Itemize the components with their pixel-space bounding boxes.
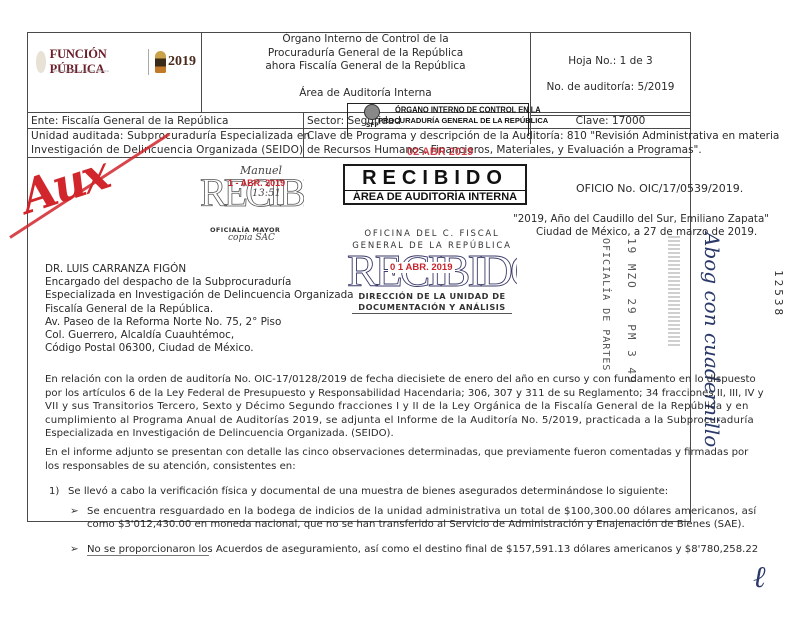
recipient-line: Col. Guerrero, Alcaldía Cuauhtémoc,: [45, 329, 354, 342]
oic-stamp-line2: PROCURADURÍA GENERAL DE LA REPÚBLICA: [378, 116, 548, 125]
paragraph-line: por los artículos 6 de la Ley Federal de…: [45, 387, 685, 401]
oficialia-date: 1 - ABR. 2019: [228, 178, 285, 188]
oficialia-handwritten-note: copia SAC: [228, 233, 275, 243]
recipient-line: Fiscalía General de la República.: [45, 303, 354, 316]
fiscal-stamp-line: OFICINA DEL C. FISCAL: [352, 228, 512, 240]
oficialia-handwritten-name: Manuel: [240, 164, 282, 177]
recipient-line: Código Postal 06300, Ciudad de México.: [45, 342, 354, 355]
unidad-line: Unidad auditada: Subprocuraduría Especia…: [31, 130, 310, 144]
logo-subtitle: SECRETARÍA DE LA FUNCIÓN PÚBLICA: [52, 69, 109, 73]
fiscal-signature-line: [352, 313, 512, 314]
oficialia-mayor-stamp: RECIBIDO Manuel 1 - ABR. 2019 13:51 OFIC…: [200, 160, 304, 236]
zapata-portrait-icon: [155, 51, 166, 73]
oficialia-partes-datetime: 19 MZO 29 PM 3 49: [625, 238, 638, 385]
bullet-line: Se encuentra resguardado en la bodega de…: [87, 505, 756, 518]
faint-vertical-stamp: [668, 236, 680, 346]
recibido-subtitle: ÁREA DE AUDITORÍA INTERNA: [345, 190, 525, 203]
bullet-item: Se encuentra resguardado en la bodega de…: [87, 505, 756, 531]
oficialia-partes-label: OFICIALÍA DE PARTES: [600, 238, 611, 371]
fiscal-stamp-footer: DIRECCIÓN DE LA UNIDAD DE DOCUMENTACIÓN …: [352, 291, 512, 313]
bullet-arrow-icon: ➢: [70, 543, 79, 555]
paragraph-line: Especializada en Investigación de Delinc…: [45, 427, 685, 441]
motto: "2019, Año del Caudillo del Sur, Emilian…: [513, 213, 769, 227]
header-title: Órgano Interno de Control de la Procurad…: [201, 33, 530, 74]
header-area: Área de Auditoría Interna: [201, 87, 530, 101]
hoja-number: Hoja No.: 1 de 3: [530, 55, 691, 69]
recibido-auditoria-stamp: RECIBIDO ÁREA DE AUDITORÍA INTERNA: [343, 164, 527, 205]
auditoria-number: No. de auditoría: 5/2019: [530, 81, 691, 95]
paragraph-1: En relación con la orden de auditoría No…: [45, 373, 685, 441]
initial-mark: ℓ: [753, 560, 766, 595]
clave-programa-line: de Recursos Humanos, Financieros, Materi…: [307, 144, 779, 158]
oic-seal-label: SFP: [366, 122, 379, 129]
paragraph-line: En relación con la orden de auditoría No…: [45, 373, 685, 387]
coat-of-arms-icon: [36, 51, 46, 73]
recipient-block: DR. LUIS CARRANZA FIGÓN Encargado del de…: [45, 263, 354, 355]
recipient-line: Av. Paseo de la Reforma Norte No. 75, 2°…: [45, 316, 354, 329]
funcion-publica-logo: FUNCIÓN PÚBLICA 2019: [36, 44, 196, 80]
paragraph-2: En el informe adjunto se presentan con d…: [45, 446, 685, 473]
oic-stamp-line1: ÓRGANO INTERNO DE CONTROL EN LA: [395, 105, 541, 115]
underline-mark: [87, 555, 209, 556]
bullet-arrow-icon: ➢: [70, 505, 79, 517]
ente-field: Ente: Fiscalía General de la República: [31, 115, 228, 129]
paragraph-line: VII y sus Transitorios Tercero, Sexto y …: [45, 400, 685, 414]
paragraph-line: los responsables de su atención, consist…: [45, 460, 685, 474]
fiscal-stamp-header: OFICINA DEL C. FISCAL GENERAL DE LA REPÚ…: [352, 228, 512, 252]
recibido-title: RECIBIDO: [345, 167, 525, 190]
bullet-line: como $3'012,430.00 en moneda nacional, q…: [87, 518, 756, 531]
header-title-line: ahora Fiscalía General de la República: [201, 60, 530, 74]
item-number: 1): [49, 485, 59, 499]
recipient-name: DR. LUIS CARRANZA FIGÓN: [45, 263, 354, 276]
unidad-row-line: [27, 157, 691, 158]
fiscal-stamp-line: DIRECCIÓN DE LA UNIDAD DE: [352, 291, 512, 302]
recipient-line: Especializada en Investigación de Delinc…: [45, 289, 354, 302]
recipient-line: Encargado del despacho de la Subprocurad…: [45, 276, 354, 289]
fiscal-stamp-date: 0 1 ABR. 2019: [388, 262, 455, 273]
paragraph-line: En el informe adjunto se presentan con d…: [45, 446, 685, 460]
item-text: Se llevó a cabo la verificación física y…: [68, 485, 668, 499]
oficio-number: OFICIO No. OIC/17/0539/2019.: [576, 182, 743, 196]
logo-separator: [148, 49, 149, 75]
folio-number: 12538: [772, 270, 785, 318]
paragraph-line: cumplimiento al Programa Anual de Audito…: [45, 414, 685, 428]
oic-stamp-date: 02 ABR 2019: [407, 146, 473, 158]
header-title-line: Órgano Interno de Control de la: [201, 33, 530, 47]
logo-year: 2019: [168, 54, 196, 70]
clave-field: Clave: 17000: [530, 115, 691, 129]
header-title-line: Procuraduría General de la República: [201, 47, 530, 61]
fiscal-stamp-line: DOCUMENTACIÓN Y ANÁLISIS: [352, 302, 512, 313]
oficialia-handwritten-time: 13:51: [252, 188, 281, 199]
